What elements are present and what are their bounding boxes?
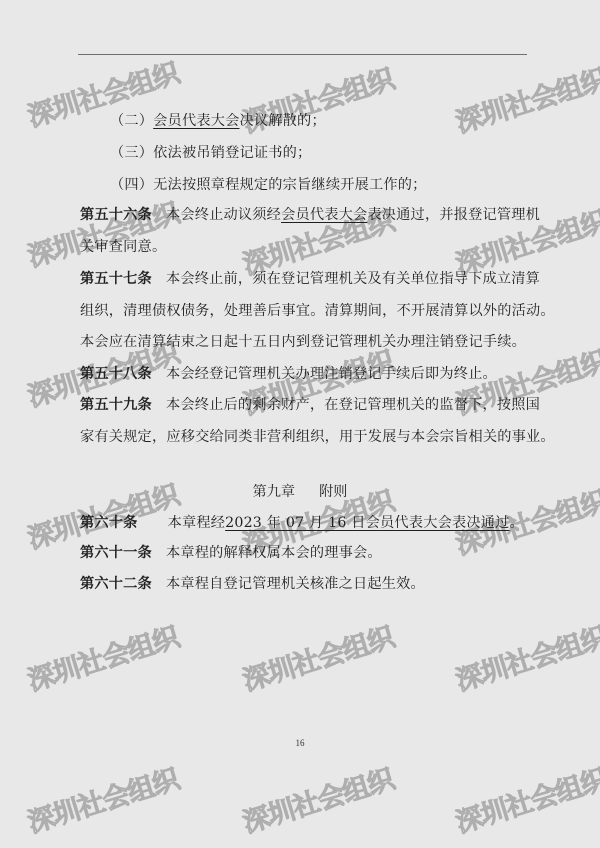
item-label: （二） — [110, 113, 153, 129]
article-57: 第五十七条本会终止前，须在登记管理机关及有关单位指导下成立清算 — [80, 270, 540, 288]
article-text: 本会经登记管理机关办理注销登记手续后即为终止。 — [166, 366, 497, 382]
article-title: 第五十九条 — [80, 397, 152, 413]
article-text: 本会终止后的剩余财产，在登记管理机关的监督下，按照国 — [166, 397, 540, 413]
list-item: （二）会员代表大会决议解散的； — [110, 112, 326, 130]
article-text: 组织，清理债权债务，处理善后事宜。清算期间，不开展清算以外的活动。 — [80, 303, 555, 319]
article-text: 本会终止前，须在登记管理机关及有关单位指导下成立清算 — [166, 271, 540, 287]
article-title: 第六十条 — [80, 515, 138, 531]
article-text: 表决通过，并报登记管理机 — [367, 207, 540, 223]
article-text: 本章程的解释权属本会的理事会。 — [166, 545, 382, 561]
article-59: 第五十九条本会终止后的剩余财产，在登记管理机关的监督下，按照国 — [80, 396, 540, 414]
article-title: 第五十七条 — [80, 271, 152, 287]
article-56-cont: 关审查同意。 — [80, 238, 166, 256]
article-title: 第五十八条 — [80, 366, 152, 382]
watermark: 深圳社会组织 — [450, 615, 600, 698]
chapter-number: 第九章 — [253, 484, 296, 500]
article-text: 家有关规定，应移交给同类非营利组织，用于发展与本会宗旨相关的事业。 — [80, 429, 555, 445]
item-label: （四） — [110, 177, 153, 193]
article-text-underlined: 2023 年 07 月 16 日会员代表大会表决通过 — [225, 515, 509, 531]
article-57-cont: 组织，清理债权债务，处理善后事宜。清算期间，不开展清算以外的活动。 — [80, 302, 555, 320]
article-text: 本章程自登记管理机关核准之日起生效。 — [166, 576, 425, 592]
article-60: 第六十条本章程经2023 年 07 月 16 日会员代表大会表决通过。 — [80, 514, 524, 532]
list-item: （四）无法按照章程规定的宗旨继续开展工作的； — [110, 176, 427, 194]
list-item: （三）依法被吊销登记证书的； — [110, 144, 311, 162]
article-56: 第五十六条本会终止动议须经会员代表大会表决通过，并报登记管理机 — [80, 206, 540, 224]
item-text-underlined: 会员代表大会 — [153, 113, 239, 129]
article-title: 第五十六条 — [80, 207, 152, 223]
article-57-cont: 本会应在清算结束之日起十五日内到登记管理机关办理注销登记手续。 — [80, 333, 526, 351]
chapter-heading: 第九章附则 — [0, 483, 600, 501]
article-title: 第六十二条 — [80, 576, 152, 592]
article-title: 第六十一条 — [80, 545, 152, 561]
article-text: 本会应在清算结束之日起十五日内到登记管理机关办理注销登记手续。 — [80, 334, 526, 350]
article-text-underlined: 会员代表大会 — [281, 207, 367, 223]
article-62: 第六十二条本章程自登记管理机关核准之日起生效。 — [80, 575, 425, 593]
chapter-title: 附则 — [319, 484, 347, 500]
watermark: 深圳社会组织 — [450, 57, 600, 140]
item-text: 决议解散的； — [240, 113, 326, 129]
article-text: 本会终止动议须经 — [166, 207, 281, 223]
watermark: 深圳社会组织 — [22, 615, 183, 698]
item-text: 无法按照章程规定的宗旨继续开展工作的； — [153, 177, 426, 193]
article-58: 第五十八条本会经登记管理机关办理注销登记手续后即为终止。 — [80, 365, 497, 383]
document-page: 深圳社会组织 深圳社会组织 深圳社会组织 深圳社会组织 深圳社会组织 深圳社会组… — [0, 0, 600, 848]
item-label: （三） — [110, 145, 153, 161]
header-rule — [78, 54, 527, 55]
article-text: 本章程经 — [168, 515, 226, 531]
article-text: 。 — [510, 515, 524, 531]
article-text: 关审查同意。 — [80, 239, 166, 255]
item-text: 依法被吊销登记证书的； — [153, 145, 311, 161]
watermark: 深圳社会组织 — [450, 757, 600, 840]
watermark: 深圳社会组织 — [237, 615, 398, 698]
article-59-cont: 家有关规定，应移交给同类非营利组织，用于发展与本会宗旨相关的事业。 — [80, 428, 555, 446]
watermark: 深圳社会组织 — [22, 191, 183, 274]
watermark: 深圳社会组织 — [22, 757, 183, 840]
page-number: 16 — [0, 738, 600, 748]
article-61: 第六十一条本章程的解释权属本会的理事会。 — [80, 544, 382, 562]
watermark: 深圳社会组织 — [237, 757, 398, 840]
